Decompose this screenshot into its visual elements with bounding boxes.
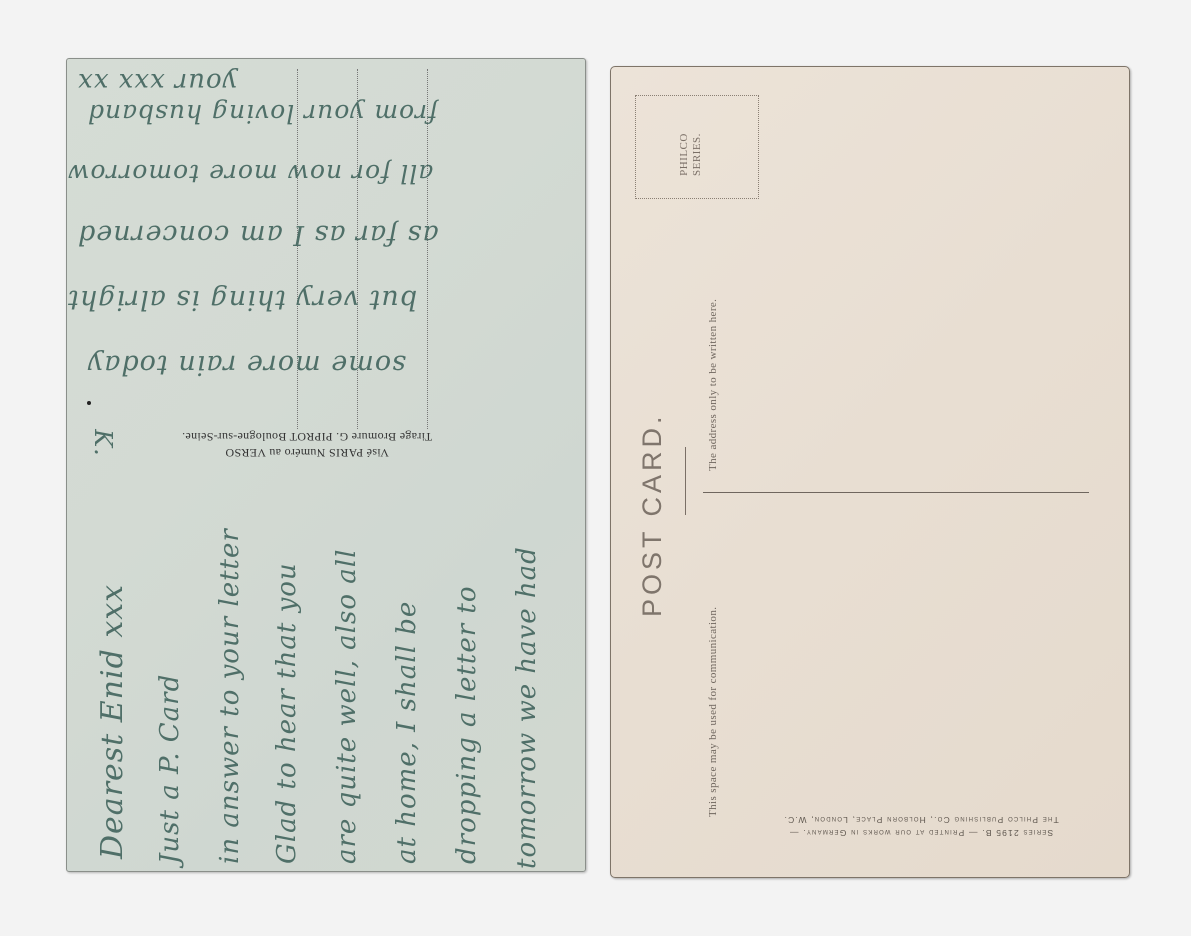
stamp-box-label: PHILCO SERIES.: [678, 133, 704, 176]
post-card-title: POST CARD.: [637, 412, 668, 617]
handwriting-line: but very thing is alright: [67, 284, 417, 315]
ink-spot: [87, 401, 91, 405]
handwriting-line: tomorrow we have had: [512, 546, 542, 869]
imprint-line: Tirage Bromure G. PIPROT Boulogne-sur-Se…: [157, 429, 457, 445]
handwriting-line: Glad to hear that you: [272, 562, 302, 864]
handwriting-line: from your loving husband: [87, 99, 437, 128]
handwriting-line: your xxx xx: [77, 67, 237, 97]
communication-instruction: This space may be used for communication…: [707, 607, 719, 817]
handwriting-line: are quite well, also all: [332, 549, 362, 864]
handwriting-line: in answer to your letter: [215, 528, 245, 864]
address-instruction: The address only to be written here.: [707, 299, 719, 471]
stamp-box: PHILCO SERIES.: [635, 95, 759, 199]
publisher-imprint: Series 2195 B. — Printed at our works in…: [751, 813, 1091, 839]
stamp-label-line: PHILCO: [678, 133, 691, 176]
postcard-blank-back: PHILCO SERIES. POST CARD. The address on…: [610, 66, 1130, 878]
handwriting-line: dropping a letter to: [452, 585, 482, 864]
publisher-line: The Philco Publishing Co., Holborn Place…: [751, 813, 1091, 826]
margin-mark: K.: [89, 429, 117, 457]
stamp-label-line: SERIES.: [691, 133, 704, 176]
handwriting-line: Just a P. Card: [155, 674, 185, 864]
printed-imprint: Visé PARIS Numéro au VERSO Tirage Bromur…: [157, 429, 457, 461]
center-divider-line: [685, 447, 686, 515]
publisher-line: Series 2195 B. — Printed at our works in…: [751, 826, 1091, 839]
handwriting-line: Dearest Enid xxx: [95, 584, 130, 859]
postcard-handwritten-back: your xxx xx from your loving husband all…: [66, 58, 586, 872]
horizontal-divider-line: [703, 492, 1089, 493]
handwriting-line: some more rain today: [87, 349, 406, 380]
handwriting-line: at home, I shall be: [392, 601, 422, 864]
handwriting-line: all for now more tomorrow: [67, 159, 433, 188]
handwriting-line: as far as I am concerned: [77, 219, 439, 250]
imprint-line: Visé PARIS Numéro au VERSO: [157, 445, 457, 461]
